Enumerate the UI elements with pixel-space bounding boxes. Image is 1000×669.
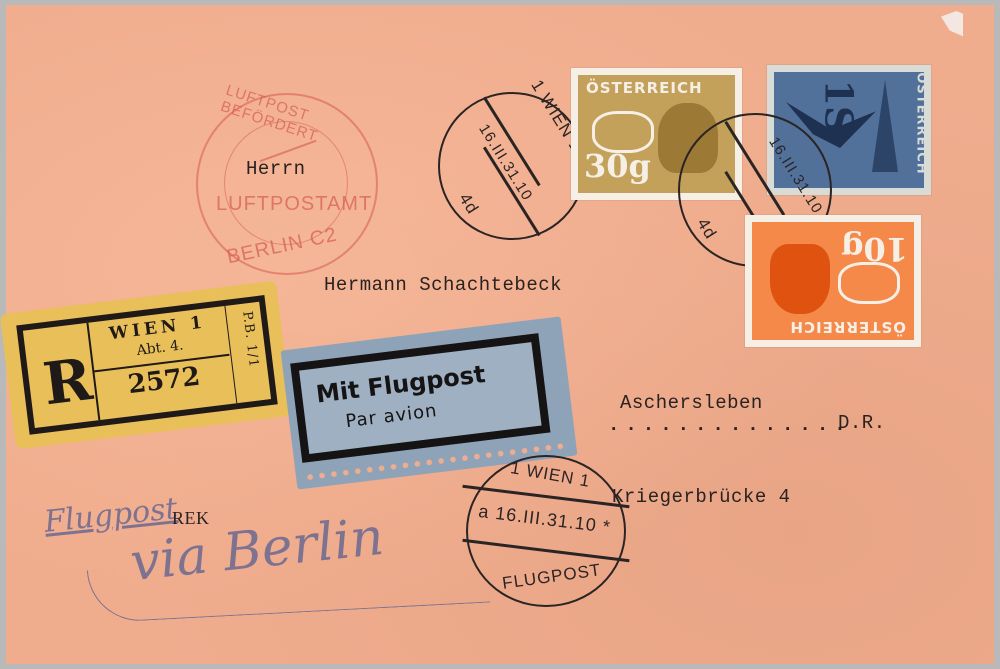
recipient-name: Hermann Schachtebeck bbox=[324, 274, 562, 296]
flugpost-postmark: 1 WIEN 1 a 16.III.31.10 * FLUGPOST bbox=[466, 455, 626, 607]
address-dots: .............. bbox=[608, 414, 852, 436]
postmark-city: 1 WIEN 1 bbox=[509, 458, 592, 492]
label-frame: R WIEN 1 Abt. 4. 2572 P.B. 1/1 bbox=[16, 295, 278, 435]
stamp-country: ÖSTERREICH bbox=[789, 318, 906, 336]
recipient-street: Kriegerbrücke 4 bbox=[612, 486, 791, 508]
airmail-line1: Mit Flugpost bbox=[314, 360, 486, 409]
berlin-airmail-cancel: LUFTPOST BEFÖRDERT LUFTPOSTAMT BERLIN C2 bbox=[196, 93, 378, 275]
postmark-date: a 16.III.31.10 * bbox=[477, 501, 612, 538]
paper-tear bbox=[941, 11, 963, 39]
stamp-value: 10g bbox=[841, 230, 908, 268]
stamp-country: ÖSTERREICH bbox=[586, 79, 703, 97]
recipient-city: Aschersleben bbox=[620, 392, 763, 414]
registration-letter: R bbox=[39, 345, 95, 418]
postmark-date: 16.III.31.10 bbox=[765, 134, 826, 217]
registration-number: 2572 bbox=[95, 358, 234, 404]
cancel-middle-text: LUFTPOSTAMT bbox=[216, 193, 372, 216]
stamp-value: 30g bbox=[584, 147, 651, 185]
stamp-country: ÖSTERREICH bbox=[914, 72, 924, 174]
postmark-bottom: FLUGPOST bbox=[501, 560, 602, 594]
postmark-code: 4d bbox=[692, 215, 720, 243]
stamp-10g: ÖSTERREICH 10g bbox=[745, 215, 921, 347]
airmail-line2: Par avion bbox=[344, 400, 438, 432]
church-spire-icon bbox=[872, 80, 898, 172]
stamp-value: 1S bbox=[816, 80, 861, 134]
registration-side-text: P.B. 1/1 bbox=[239, 310, 261, 368]
wien-postmark-1: 1 WIEN 1 16.III.31.10 4d bbox=[438, 92, 586, 240]
postmark-code: 4d bbox=[454, 190, 482, 218]
aviator-head-icon bbox=[770, 244, 830, 314]
airmail-frame: Mit Flugpost Par avion bbox=[290, 333, 550, 463]
airplane-icon bbox=[838, 262, 900, 304]
recipient-country: D.R. bbox=[838, 412, 886, 434]
salutation: Herrn bbox=[246, 158, 306, 180]
